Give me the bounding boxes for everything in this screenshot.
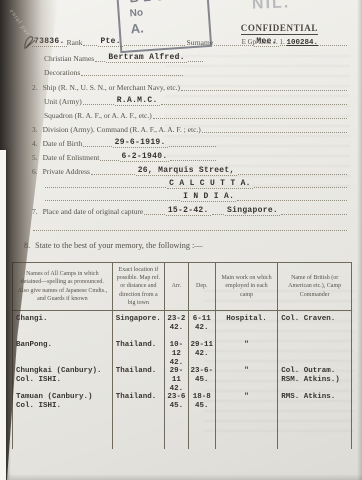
christian-names-value: Bertram Alfred. (106, 53, 187, 63)
item5-number: 5. (32, 153, 38, 162)
camp-commander-cell: Col. Outram. RSM. Atkins.) (278, 363, 351, 389)
camp-work-cell: " (216, 363, 279, 389)
item2-number: 2. (32, 83, 38, 92)
col-header-work: Main work on which employed in each camp (216, 263, 279, 311)
capture-date: 15-2-42. (166, 206, 211, 216)
enlistment-label: Date of Enlistment (43, 153, 100, 162)
date-of-birth-value: 29-6-1919. (113, 138, 168, 148)
camp-location-cell: Thailand. (113, 337, 165, 363)
ship-label: Ship (R. N., U. S. N., or Merchant Navy,… (43, 83, 180, 92)
date-of-birth-line: 4. Date of Birth 29-6-1919. (32, 137, 217, 148)
camp-arrived-cell: 10-12 42. (165, 337, 189, 363)
enlistment-line: 5. Date of Enlistment 6-2-1940. (32, 151, 217, 162)
address-street: 26, Marquis Street, (136, 166, 237, 176)
camp-location-cell: Thailand. (113, 389, 165, 449)
camp-work-cell: Hospital. (216, 311, 279, 337)
scanned-pow-form-page: BLOCK No A. NIL. CONFIDENTIAL E Gp/Gen. … (0, 0, 362, 480)
christian-names-line: Christian Names Bertram Alfred. (44, 52, 204, 63)
camp-commander-cell: Col. Craven. (278, 311, 351, 337)
camp-name-cell: Tamuan (Canbury.) Col. ISHI. (13, 389, 113, 449)
col-header-arrived: Arr. (165, 263, 189, 311)
unit-label: Unit (Army) (44, 97, 82, 106)
address-label: Private Address (43, 167, 90, 176)
block-number-stamp: BLOCK No A. (116, 0, 212, 53)
reference-prefix: E Gp/Gen. J. 1. (242, 38, 285, 46)
item3-number: 3. (32, 125, 38, 134)
header-reference-block: CONFIDENTIAL E Gp/Gen. J. 1. 100284. (241, 18, 318, 47)
camp-name-cell: Changi. (13, 311, 113, 337)
item8-number: 8. (24, 241, 30, 250)
camp-departed-cell: 29-11 42. (189, 337, 216, 363)
decorations-label: Decorations (44, 68, 80, 77)
squadron-label: Squadron (R. A. F., or A. A. F., etc.) (44, 111, 152, 120)
reference-line: E Gp/Gen. J. 1. 100284. (241, 38, 318, 47)
capture-label: Place and date of original capture (43, 207, 144, 216)
col-header-camps: Names of All Camps in which detained—spe… (13, 263, 113, 311)
camp-departed-cell: 6-11 42. (189, 311, 216, 337)
camp-arrived-cell: 23-6 45. (165, 389, 189, 449)
date-of-birth-label: Date of Birth (43, 139, 83, 148)
division-line: 3. Division (Army). Command (R. A. F., A… (32, 123, 348, 134)
unit-value: R.A.M.C. (115, 96, 160, 106)
christian-names-label: Christian Names (44, 54, 94, 63)
address-city-line: C A L C U T T A. (44, 178, 348, 189)
blank-dotted-line (32, 221, 348, 232)
camp-work-cell: " (216, 337, 279, 363)
camp-commander-cell: RMS. Atkins. (278, 389, 351, 449)
camp-departed-cell: 18-8 45. (189, 389, 216, 449)
camp-location-cell: Singapore. (113, 311, 165, 337)
capture-line: 7. Place and date of original capture 15… (32, 205, 348, 216)
camp-departed-cell: 23-6- 45. (189, 363, 216, 389)
col-header-commander: Name of British (or American etc.), Camp… (278, 263, 351, 311)
enlistment-value: 6-2-1940. (120, 152, 170, 162)
ship-line: 2. Ship (R. N., U. S. N., or Merchant Na… (32, 81, 348, 92)
pen-scribble (22, 32, 38, 52)
item7-number: 7. (32, 207, 38, 216)
confidential-label: CONFIDENTIAL (241, 23, 318, 35)
camp-location-cell: Thailand. (113, 363, 165, 389)
nil-stamp: NIL. (252, 0, 291, 14)
capture-place: Singapore. (225, 206, 280, 216)
page-edge-bottom (0, 474, 362, 480)
item6-number: 6. (32, 167, 38, 176)
decorations-line: Decorations (44, 66, 184, 77)
camp-commander-cell (278, 337, 351, 363)
camp-work-cell: " (216, 389, 279, 449)
division-label: Division (Army). Command (R. A. F., A. A… (43, 125, 201, 134)
address-country-line: I N D I A. (44, 191, 348, 202)
camp-arrived-cell: 23-2 42. (165, 311, 189, 337)
address-country: I N D I A. (181, 192, 236, 202)
unit-line: Unit (Army) R.A.M.C. (44, 95, 348, 106)
memory-statement-label: State to the best of your memory, the fo… (35, 241, 202, 250)
stamp-block-letter: A. (130, 16, 209, 36)
page-edge-right (357, 0, 362, 480)
item4-number: 4. (32, 139, 38, 148)
reference-number: 100284. (286, 39, 318, 47)
address-line: 6. Private Address 26, Marquis Street, (32, 165, 348, 176)
col-header-departed: Dep. (189, 263, 216, 311)
camp-arrived-cell: 29-11 42. (165, 363, 189, 389)
memory-statement-line: 8. State to the best of your memory, the… (24, 239, 348, 250)
address-city: C A L C U T T A. (167, 179, 253, 189)
camp-name-cell: Chungkai (Canbury). Col. ISHI. (13, 363, 113, 389)
page-edge (0, 150, 6, 480)
squadron-line: Squadron (R. A. F., or A. A. F., etc.) (44, 109, 348, 120)
col-header-location: Exact location if possible. Map ref. or … (113, 263, 165, 311)
rank-label: Rank (67, 38, 83, 47)
camps-table: Names of All Camps in which detained—spe… (12, 262, 352, 449)
camp-name-cell: BanPong. (13, 337, 113, 363)
